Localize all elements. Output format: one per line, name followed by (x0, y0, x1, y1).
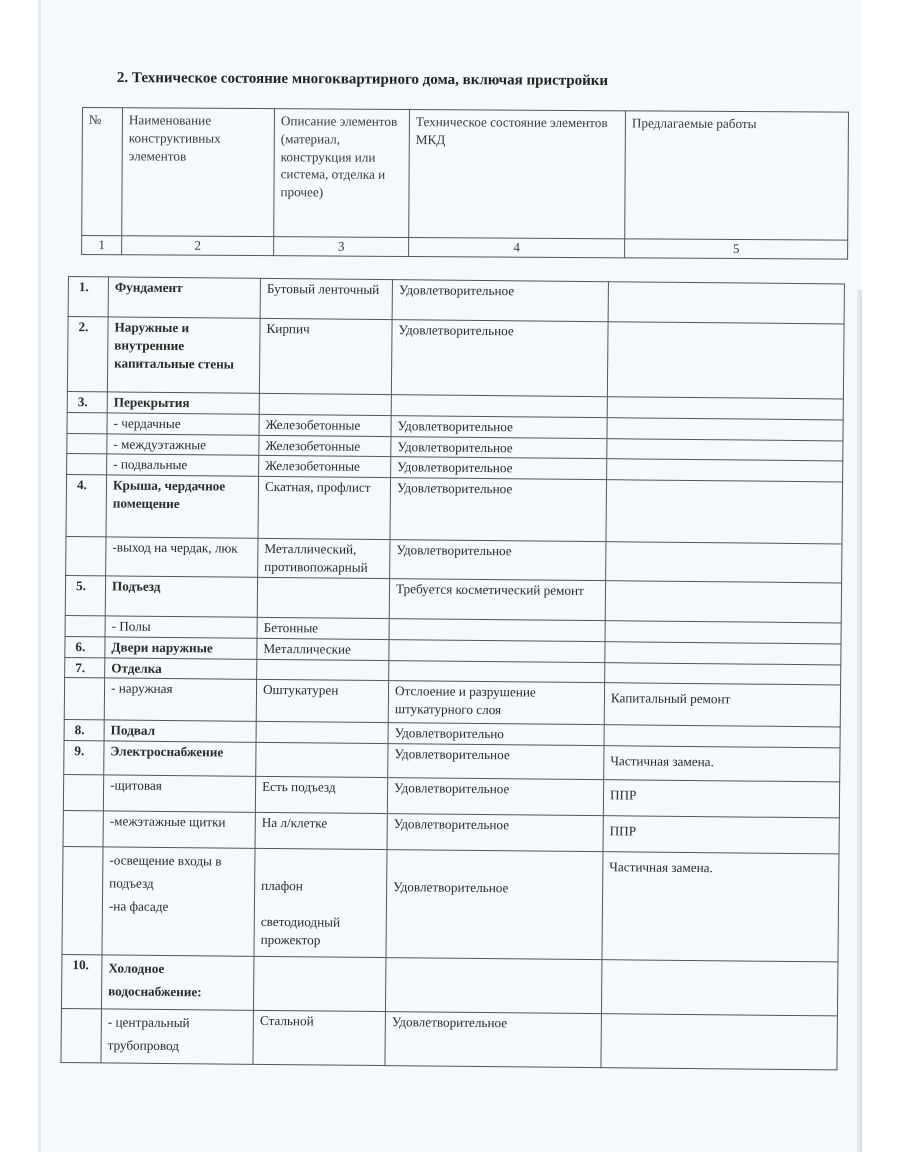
proposed-works: ППР (603, 780, 839, 818)
element-description: Металлические (257, 638, 389, 660)
table-row: 4.Крыша, чердачное помещениеСкатная, про… (66, 475, 843, 544)
technical-condition (389, 660, 605, 683)
row-number (65, 615, 105, 636)
element-description: Металлический, противопожарный (258, 539, 390, 579)
column-number: 5 (625, 239, 848, 259)
technical-condition: Удовлетворительно (388, 723, 604, 746)
technical-condition: Удовлетворительное (392, 280, 608, 322)
technical-condition: Удовлетворительное (387, 814, 603, 852)
technical-condition: Удовлетворительное (385, 1012, 602, 1068)
element-description: Железобетонные (259, 414, 391, 436)
element-name: - подвальные (107, 454, 259, 476)
technical-condition: Удовлетворительное (386, 850, 603, 960)
technical-condition (389, 618, 605, 641)
proposed-works (607, 459, 843, 482)
column-number: 1 (82, 236, 122, 255)
technical-condition: Отслоение и разрушение штукатурного слоя (388, 681, 604, 725)
proposed-works: ППР (603, 816, 839, 854)
row-number: 6. (65, 636, 105, 657)
technical-condition: Удовлетворительное (390, 478, 607, 542)
element-name-line: -на фасаде (109, 895, 248, 919)
element-description: Оштукатурен (256, 680, 388, 723)
element-description (253, 956, 386, 1011)
row-number: 9. (64, 741, 104, 775)
element-description-line: светодиодный прожектор (261, 913, 380, 950)
element-name: - наружная (104, 678, 256, 721)
row-number: 2. (67, 317, 108, 392)
table-row: 2.Наружные и внутренние капитальные стен… (67, 317, 844, 399)
element-description (259, 393, 391, 415)
element-description-line: плафон (261, 877, 380, 896)
header-proposed-works: Предлагаемые работы (625, 111, 849, 240)
technical-condition (385, 958, 602, 1014)
element-name: Электроснабжение (104, 741, 256, 776)
row-number: 1. (68, 277, 108, 317)
element-name: Подвал (104, 720, 256, 742)
element-description (257, 577, 389, 618)
element-description (256, 742, 388, 777)
condition-table: 1.ФундаментБутовый ленточныйУдовлетворит… (60, 276, 845, 1071)
element-name: - Полы (105, 616, 257, 638)
technical-condition: Удовлетворительное (390, 540, 606, 581)
element-name: - чердачные (107, 413, 259, 435)
element-description: Железобетонные (259, 435, 391, 457)
element-name: -выход на чердак, люк (106, 537, 258, 577)
row-number: 4. (66, 475, 107, 537)
proposed-works (604, 725, 840, 748)
element-description (257, 659, 389, 681)
proposed-works (606, 480, 843, 544)
page-edge (857, 290, 862, 1152)
row-number (61, 1009, 102, 1063)
header-condition: Техническое состояние элементов МКД (409, 110, 626, 239)
element-name: - междуэтажные (107, 434, 259, 456)
row-number (67, 454, 107, 475)
proposed-works (605, 641, 841, 664)
row-number (64, 678, 104, 720)
proposed-works (601, 1014, 838, 1070)
element-name: Отделка (105, 657, 257, 679)
row-number (66, 537, 106, 576)
technical-condition: Удовлетворительное (391, 320, 608, 397)
proposed-works (608, 282, 844, 324)
proposed-works (607, 438, 843, 461)
column-numbers-row: 1 2 3 4 5 (82, 236, 848, 260)
row-number: 8. (64, 720, 104, 741)
element-description (256, 722, 388, 744)
table-row: 10.Холодное водоснабжение: (61, 955, 837, 1016)
row-number: 3. (67, 391, 107, 412)
proposed-works: Капитальный ремонт (604, 683, 840, 727)
element-name: -межэтажные щитки (103, 811, 255, 848)
table-row: - центральный трубопроводСтальнойУдовлет… (61, 1009, 837, 1070)
element-description: Кирпич (259, 318, 392, 394)
element-description: плафонсветодиодный прожектор (254, 848, 387, 957)
proposed-works (607, 322, 844, 399)
row-number: 10. (61, 955, 102, 1009)
element-name: Двери наружные (105, 637, 257, 659)
row-number (67, 433, 107, 454)
proposed-works (605, 662, 841, 685)
element-name: - центральный трубопровод (101, 1009, 254, 1064)
row-number: 7. (65, 657, 105, 678)
technical-condition: Удовлетворительное (388, 744, 604, 780)
element-name: -щитовая (103, 775, 255, 812)
header-number: № (82, 108, 123, 236)
column-number: 2 (122, 236, 274, 256)
technical-condition: Требуется косметический ремонт (389, 578, 605, 620)
column-number: 4 (409, 237, 625, 257)
technical-condition: Удовлетворительное (391, 457, 607, 480)
proposed-works (607, 397, 843, 420)
header-element-name: Наименование конструктивных элементов (122, 108, 275, 237)
proposed-works: Частичная замена. (602, 852, 839, 962)
element-name: Крыша, чердачное помещение (106, 475, 259, 538)
header-table: № Наименование конструктивных элементов … (81, 107, 849, 260)
row-number: 5. (65, 575, 105, 615)
element-name: Наружные и внутренние капитальные стены (107, 317, 260, 393)
proposed-works (601, 960, 838, 1016)
element-name-line: -освещение входы в подъезд (109, 849, 248, 897)
document-title: 2. Техническое состояние многоквартирног… (117, 70, 608, 90)
proposed-works (605, 621, 841, 644)
table-row: - наружнаяОштукатуренОтслоение и разруше… (64, 678, 840, 727)
row-number (63, 775, 103, 811)
column-number: 3 (274, 237, 409, 257)
proposed-works: Частичная замена. (604, 746, 840, 782)
element-name: -освещение входы в подъезд-на фасаде (102, 847, 255, 956)
row-number (63, 811, 103, 847)
proposed-works (606, 542, 842, 583)
table-row: -освещение входы в подъезд-на фасадеплаф… (62, 847, 839, 962)
element-name: Перекрытия (107, 392, 259, 414)
element-description: Скатная, профлист (258, 477, 391, 540)
element-description: Бетонные (257, 617, 389, 639)
proposed-works (607, 417, 843, 440)
proposed-works (605, 581, 841, 623)
header-row: № Наименование конструктивных элементов … (82, 108, 849, 241)
element-description: На л/клетке (255, 812, 387, 849)
row-number (67, 412, 107, 433)
element-name: Фундамент (108, 277, 260, 318)
technical-condition: Удовлетворительное (391, 415, 607, 438)
technical-condition: Удовлетворительное (387, 778, 603, 816)
element-description: Есть подъезд (255, 776, 387, 813)
technical-condition (391, 395, 607, 418)
element-name: Подъезд (105, 576, 257, 617)
header-description: Описание элементов (материал, конструкци… (274, 109, 410, 238)
element-name: Холодное водоснабжение: (101, 955, 254, 1010)
element-description: Стальной (253, 1010, 386, 1065)
element-description: Железобетонные (259, 456, 391, 478)
technical-condition (389, 639, 605, 662)
element-description: Бутовый ленточный (260, 278, 392, 319)
row-number (62, 847, 103, 955)
technical-condition: Удовлетворительное (391, 436, 607, 459)
